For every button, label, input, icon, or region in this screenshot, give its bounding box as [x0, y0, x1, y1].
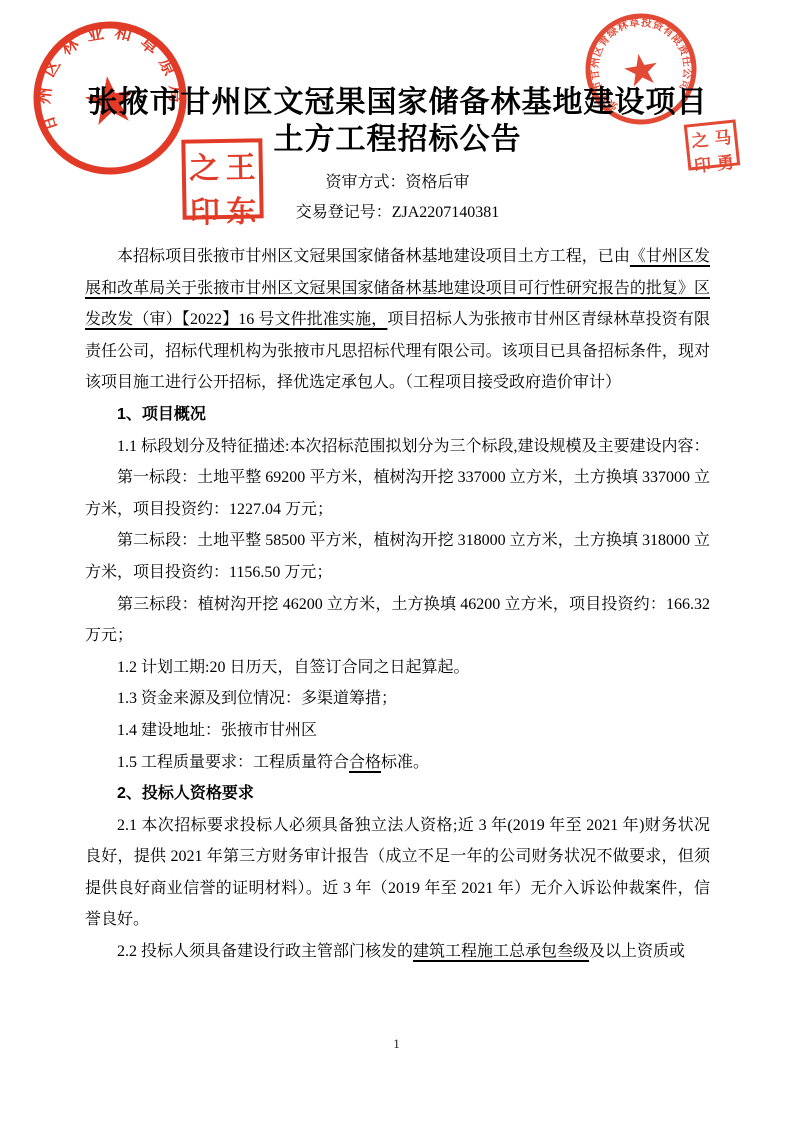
text-run: 1.2 计划工期:20 日历天，自签订合同之日起算起。: [117, 659, 469, 676]
seal-char: 勇: [713, 148, 738, 175]
text-run: 1.3 资金来源及到位情况：多渠道筹措；: [117, 690, 397, 707]
text-run: 1.5 工程质量要求：工程质量符合: [117, 754, 349, 771]
paragraph: 1.2 计划工期:20 日历天，自签订合同之日起算起。: [85, 652, 710, 684]
paragraph: 1.5 工程质量要求：工程质量符合合格标准。: [85, 747, 710, 779]
section-heading: 1、项目概况: [85, 399, 710, 431]
text-run: 第一标段：土地平整 69200 平方米，植树沟开挖 337000 立方米，土方换…: [85, 469, 710, 518]
text-run: 及以上资质或: [589, 943, 685, 960]
text-run: 本招标项目张掖市甘州区文冠果国家储备林基地建设项目土方工程，已由: [117, 248, 630, 265]
text-run: 2.2 投标人须具备建设行政主管部门核发的: [117, 943, 413, 960]
review-method-line: 资审方式：资格后审: [85, 168, 710, 198]
registration-line: 交易登记号：ZJA2207140381: [85, 198, 710, 228]
paragraph: 1.4 建设地址：张掖市甘州区: [85, 715, 710, 747]
paragraph: 本招标项目张掖市甘州区文冠果国家储备林基地建设项目土方工程，已由《甘州区发展和改…: [85, 241, 710, 399]
section-heading: 2、投标人资格要求: [85, 778, 710, 810]
text-run: 标准。: [381, 754, 429, 771]
text-run: 1.1 标段划分及特征描述:本次招标范围拟划分为三个标段,建设规模及主要建设内容…: [117, 438, 709, 455]
page-title-line1: 张掖市甘州区文冠果国家储备林基地建设项目: [85, 84, 710, 121]
text-run: 第二标段：土地平整 58500 平方米，植树沟开挖 318000 立方米，土方换…: [85, 532, 710, 581]
text-run: 2、投标人资格要求: [117, 785, 254, 802]
document-body: 本招标项目张掖市甘州区文冠果国家储备林基地建设项目土方工程，已由《甘州区发展和改…: [85, 241, 710, 968]
review-method-label: 资审方式：: [325, 174, 405, 191]
text-run: 1.4 建设地址：张掖市甘州区: [117, 722, 317, 739]
text-run: 第三标段：植树沟开挖 46200 立方米，土方换填 46200 立方米，项目投资…: [85, 596, 710, 645]
registration-label: 交易登记号：: [296, 204, 392, 221]
text-run: 1、项目概况: [117, 406, 206, 423]
paragraph: 2.1 本次招标要求投标人必须具备独立法人资格;近 3 年(2019 年至 20…: [85, 810, 710, 936]
paragraph: 第二标段：土地平整 58500 平方米，植树沟开挖 318000 立方米，土方换…: [85, 525, 710, 588]
underlined-text: 建筑工程施工总承包叁级: [413, 943, 589, 960]
paragraph: 第三标段：植树沟开挖 46200 立方米，土方换填 46200 立方米，项目投资…: [85, 589, 710, 652]
star-icon: [622, 51, 660, 88]
paragraph: 第一标段：土地平整 69200 平方米，植树沟开挖 337000 立方米，土方换…: [85, 462, 710, 525]
text-run: 2.1 本次招标要求投标人必须具备独立法人资格;近 3 年(2019 年至 20…: [85, 817, 710, 929]
paragraph: 2.2 投标人须具备建设行政主管部门核发的建筑工程施工总承包叁级及以上资质或: [85, 936, 710, 968]
registration-value: ZJA2207140381: [392, 204, 500, 221]
page-title-line2: 土方工程招标公告: [85, 121, 710, 158]
seal-char: 马: [710, 123, 735, 150]
review-method-value: 资格后审: [406, 174, 470, 191]
document-content: 张掖市甘州区文冠果国家储备林基地建设项目 土方工程招标公告 资审方式：资格后审 …: [85, 84, 710, 968]
underlined-text: 合格: [349, 754, 381, 771]
document-page: 甘州区林业和草原局 张掖市甘州区青绿林草投资有限责任公司 之 王 印 东 之 马…: [0, 0, 793, 1122]
paragraph: 1.1 标段划分及特征描述:本次招标范围拟划分为三个标段,建设规模及主要建设内容…: [85, 431, 710, 463]
paragraph: 1.3 资金来源及到位情况：多渠道筹措；: [85, 683, 710, 715]
page-number: 1: [0, 1036, 793, 1052]
